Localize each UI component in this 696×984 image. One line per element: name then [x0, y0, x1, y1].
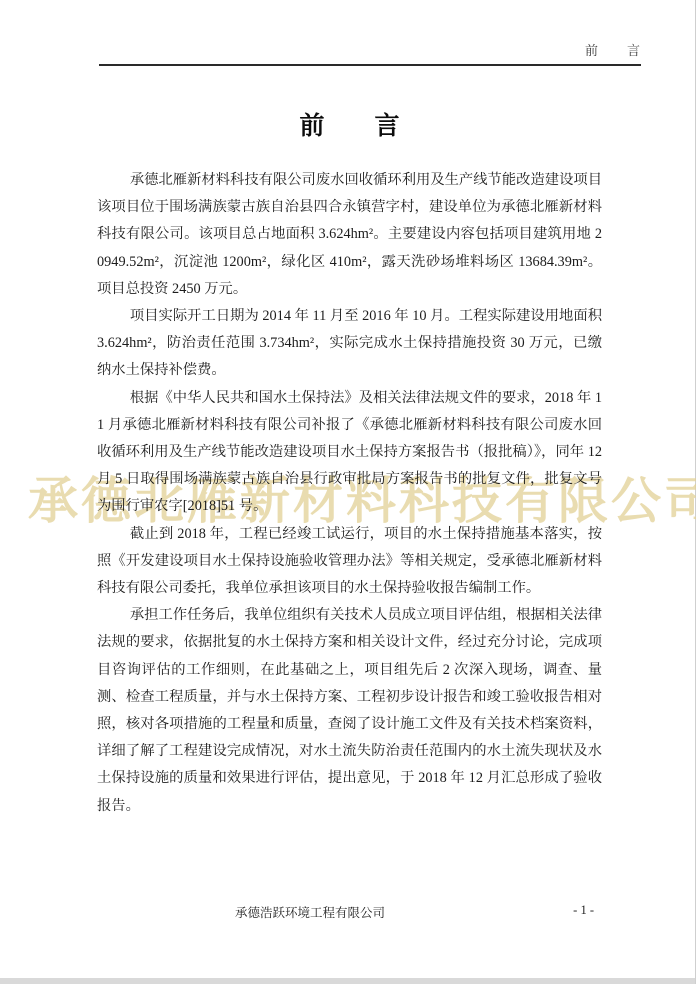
scan-edge-artifact: [0, 978, 695, 984]
footer-page-number: - 1 -: [573, 903, 594, 918]
paragraph-acceptance-commission: 截止到 2018 年，工程已经竣工试运行，项目的水土保持措施基本落实，按照《开发…: [97, 521, 602, 603]
document-page: 承德北雁新材料科技有限公司 前 言 前 言 承德北雁新材料科技有限公司废水回收循…: [0, 0, 696, 984]
page-title: 前 言: [97, 106, 602, 142]
document-body: 承德北雁新材料科技有限公司废水回收循环利用及生产线节能改造建设项目该项目位于围场…: [97, 167, 602, 820]
footer-company-name: 承德浩跃环境工程有限公司: [235, 903, 385, 921]
page-header: 前 言: [99, 40, 641, 66]
page-footer: 承德浩跃环境工程有限公司 - 1 -: [97, 903, 602, 923]
paragraph-approval-documents: 根据《中华人民共和国水土保持法》及相关法律法规文件的要求，2018 年 11 月…: [97, 385, 602, 521]
running-header-title: 前 言: [585, 43, 641, 58]
paragraph-evaluation-process: 承担工作任务后，我单位组织有关技术人员成立项目评估组，根据相关法律法规的要求，依…: [97, 602, 602, 820]
paragraph-construction-dates: 项目实际开工日期为 2014 年 11 月至 2016 年 10 月。工程实际建…: [97, 303, 602, 385]
paragraph-project-overview: 承德北雁新材料科技有限公司废水回收循环利用及生产线节能改造建设项目该项目位于围场…: [97, 167, 602, 303]
